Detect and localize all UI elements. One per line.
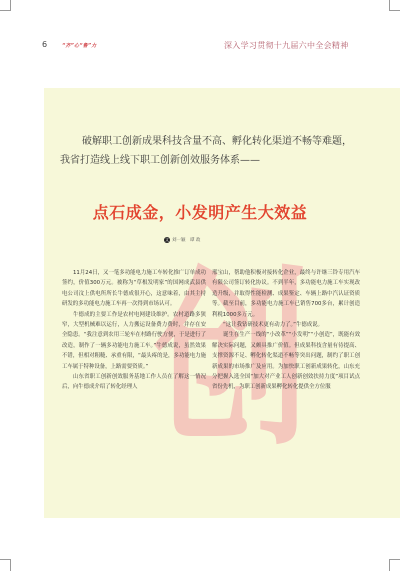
paragraph: 诞生在生产一线的“小改革”“小发明”“小创造”，既能有效解决实际问题，又颇具推广… <box>212 330 360 392</box>
paragraph: “这让我钻研技术更有动力了。”牛德成说。 <box>212 320 360 330</box>
crop-mark-top-left <box>0 0 11 11</box>
deck-text: 破解职工创新成果科技含量不高、孵化转化渠道不畅等难题，我省打造线上线下职工创新创… <box>60 132 360 170</box>
author-badge-icon: 文 <box>164 237 170 243</box>
paragraph: 山东省职工创新创效服务基地工作人员在了解这一情况后，向牛德成介绍了转化经理人 <box>62 372 206 393</box>
crop-mark-bottom-left <box>0 559 11 571</box>
article-panel: 创 破解职工创新成果科技含量不高、孵化转化渠道不畅等难题，我省打造线上线下职工创… <box>44 88 400 518</box>
right-column: 邢宝山，帮助他积极对接转化企业，最终与许继三铃专用汽车有限公司签订转化协议。不到… <box>212 268 360 393</box>
byline-authors: 刘一颖 谭 政 <box>172 237 200 243</box>
page-number: 6 <box>42 40 47 49</box>
paragraph: 11月24日，又一笔多功能电力施工车转化推广订单成功签约，价值300万元。被称为… <box>62 268 206 310</box>
article-deck: 破解职工创新成果科技含量不高、孵化转化渠道不畅等难题，我省打造线上线下职工创新创… <box>60 132 360 170</box>
column-logo: “齐”心“鲁”力 <box>62 42 96 49</box>
paragraph: 邢宝山，帮助他积极对接转化企业，最终与许继三铃专用汽车有限公司签订转化协议。不到… <box>212 268 360 320</box>
crop-mark-top-right <box>389 0 400 11</box>
crop-mark-bottom-right <box>389 559 400 571</box>
article-headline: 点石成金，小发明产生大效益 <box>44 200 356 223</box>
running-head: 深入学习贯彻十九届六中全会精神 <box>224 40 349 51</box>
left-column: 11月24日，又一笔多功能电力施工车转化推广订单成功签约，价值300万元。被称为… <box>62 268 206 393</box>
byline: 文 刘一颖 谭 政 <box>164 237 200 243</box>
paragraph: 牛德成的主要工作是农村电网建设维护。农村道路多狭窄，大型机械难以运行，人力搬运设… <box>62 310 206 372</box>
